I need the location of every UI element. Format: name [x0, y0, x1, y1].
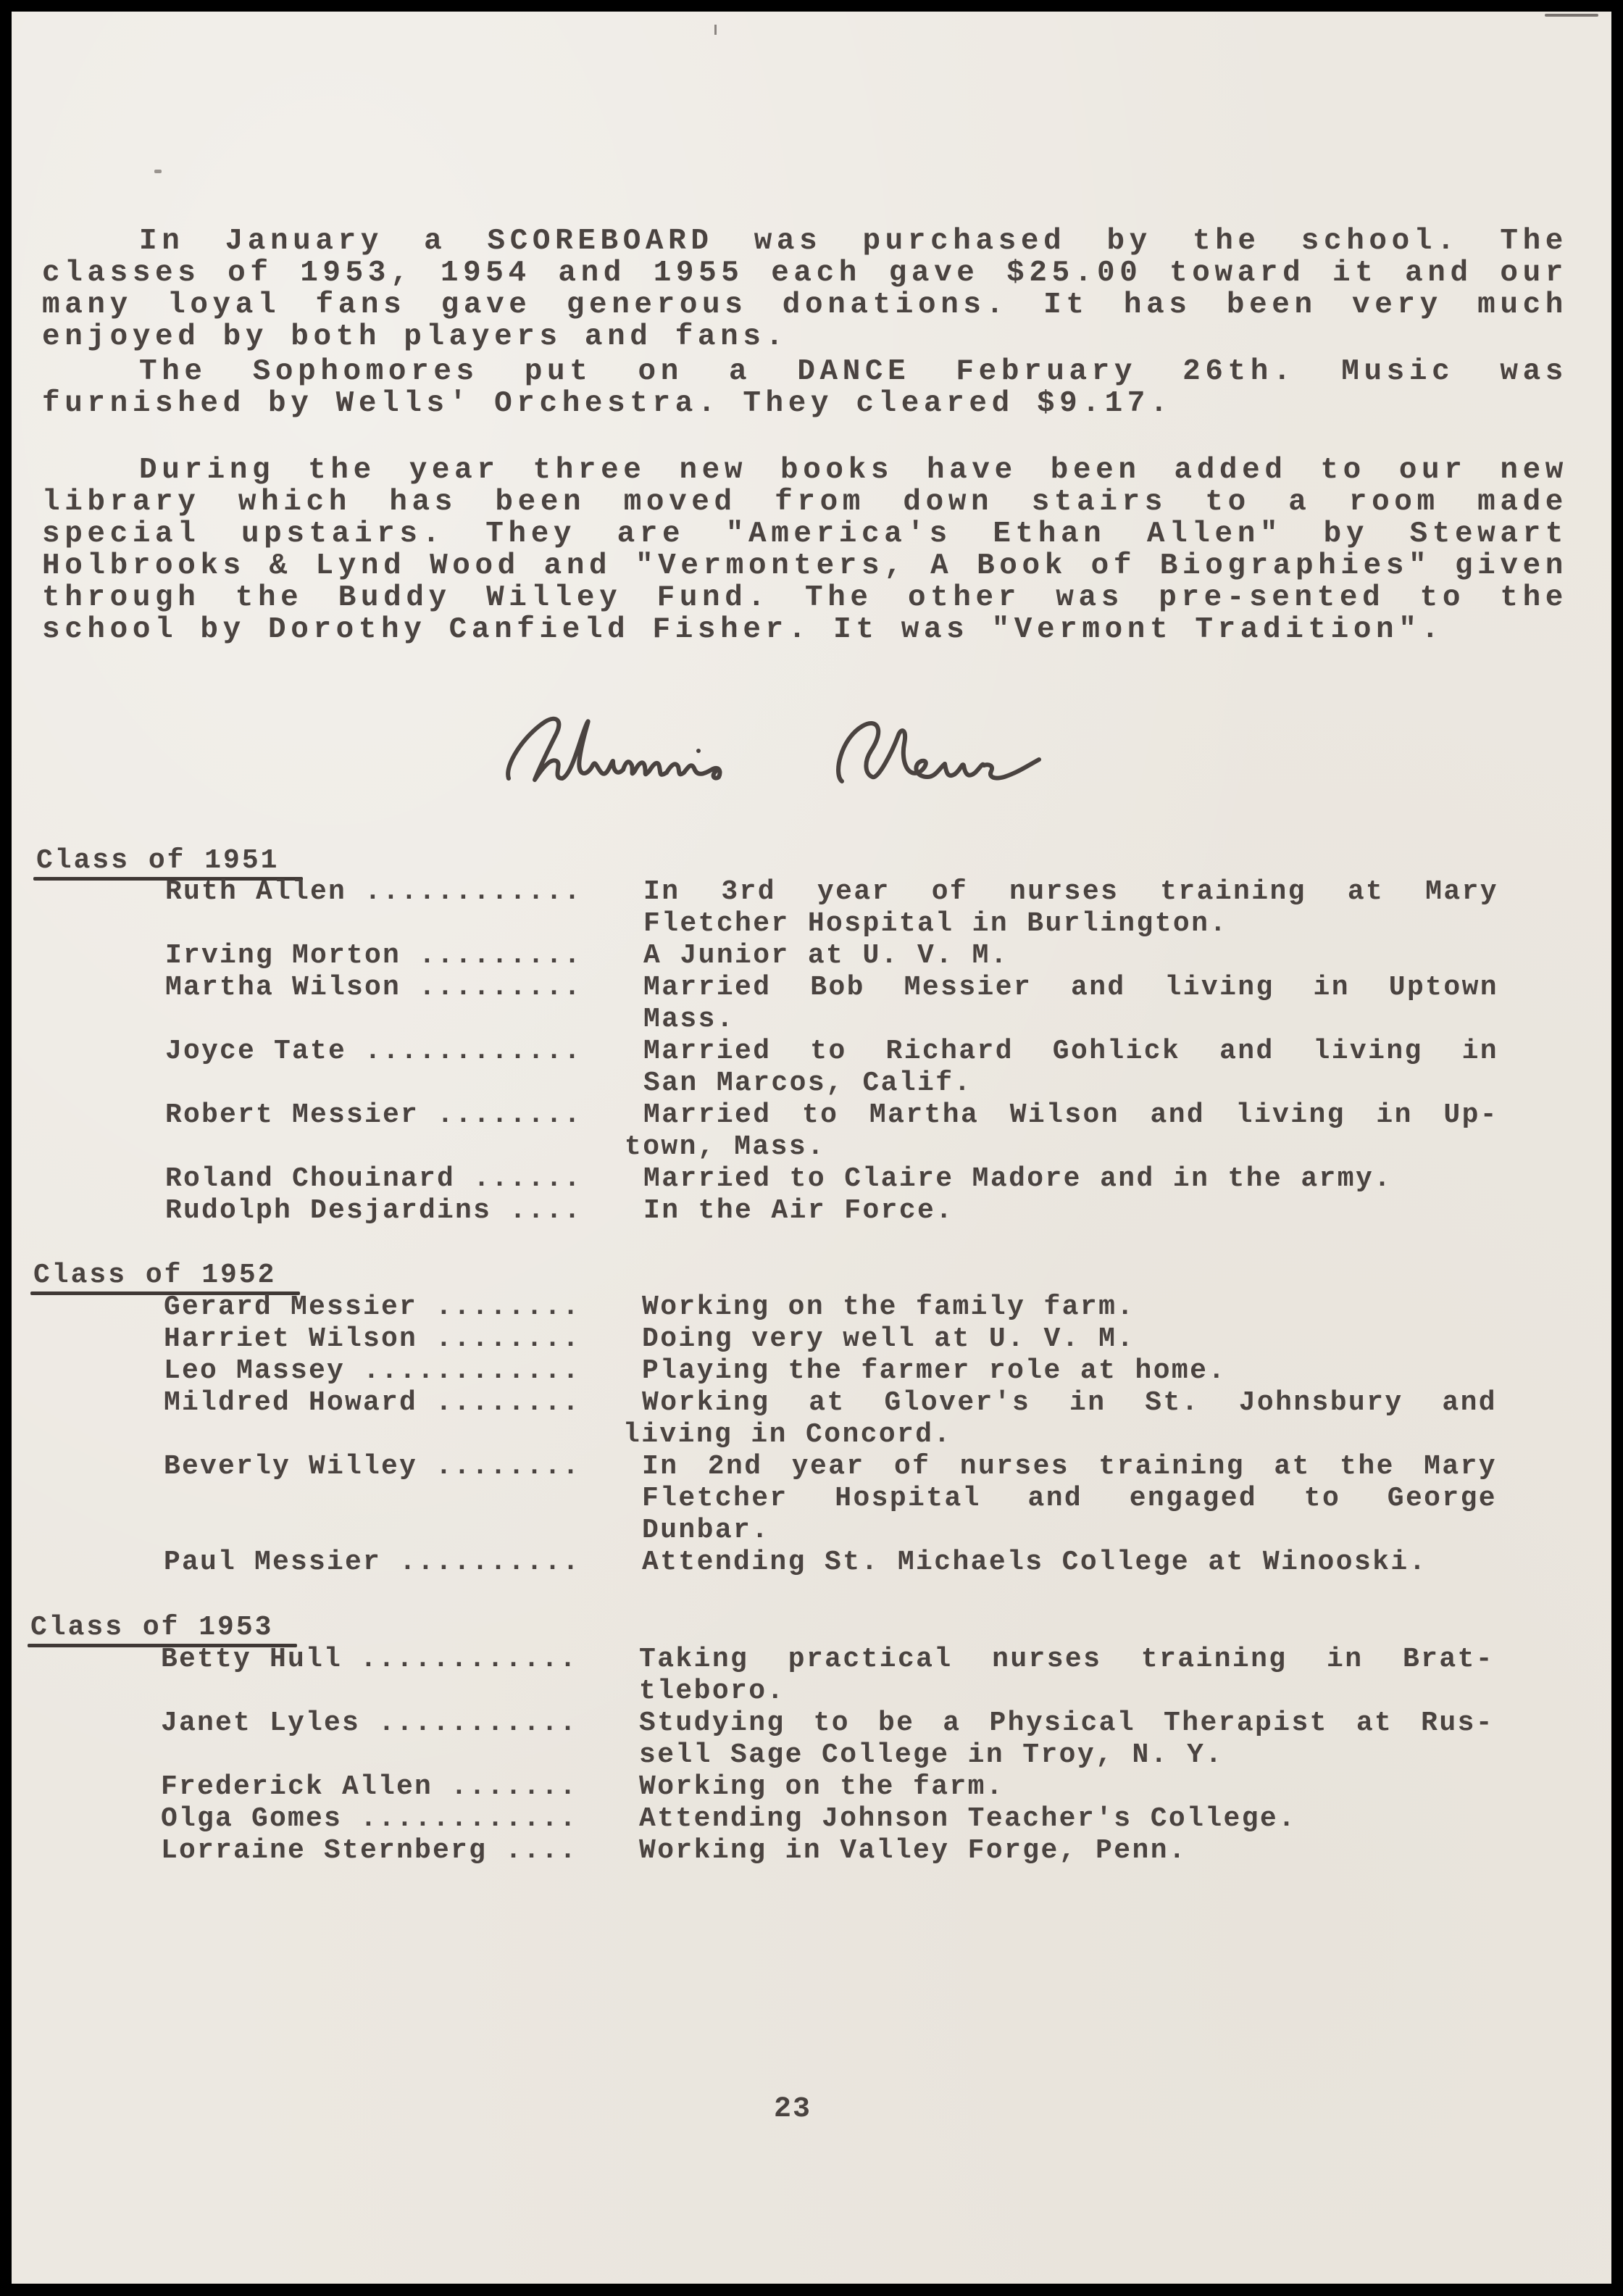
alumni-name: Rudolph Desjardins .... — [165, 1195, 582, 1227]
alumni-description: Attending St. Michaels College at Winoos… — [642, 1547, 1497, 1578]
description-line: San Marcos, Calif. — [643, 1068, 1498, 1099]
description-line: Attending St. Michaels College at Winoos… — [642, 1547, 1497, 1578]
description-line: In the Air Force. — [643, 1195, 1498, 1227]
description-line: Taking practical nurses training in Brat… — [639, 1644, 1494, 1676]
section-title-alumni-news — [501, 707, 1139, 794]
scan-artifact-mark — [714, 25, 717, 35]
alumni-description: Married to Richard Gohlick and living in… — [643, 1036, 1498, 1099]
alumni-description: In 2nd year of nurses training at the Ma… — [642, 1451, 1497, 1547]
scan-artifact-mark — [1545, 14, 1598, 17]
alumni-name: Roland Chouinard ...... — [165, 1163, 582, 1195]
alumni-name: Mildred Howard ........ — [164, 1387, 580, 1419]
description-line: Playing the farmer role at home. — [642, 1355, 1497, 1387]
alumni-description: Married to Claire Madore and in the army… — [643, 1163, 1498, 1195]
alumni-description: Playing the farmer role at home. — [642, 1355, 1497, 1387]
document-page: In January a SCOREBOARD was purchased by… — [12, 12, 1611, 2284]
alumni-description: In the Air Force. — [643, 1195, 1498, 1227]
scan-artifact-mark — [154, 170, 162, 173]
description-line: Mass. — [643, 1004, 1498, 1036]
alumni-description: Working on the family farm. — [642, 1291, 1497, 1323]
alumni-description: Taking practical nurses training in Brat… — [639, 1644, 1494, 1708]
alumni-name: Betty Hull ............ — [161, 1644, 577, 1676]
alumni-name: Lorraine Sternberg .... — [161, 1835, 577, 1867]
description-line: In 2nd year of nurses training at the Ma… — [642, 1451, 1497, 1483]
description-line: Doing very well at U. V. M. — [642, 1323, 1497, 1355]
class-heading: Class of 1952 — [33, 1260, 276, 1291]
description-line: Married to Claire Madore and in the army… — [643, 1163, 1498, 1195]
alumni-description: Doing very well at U. V. M. — [642, 1323, 1497, 1355]
alumni-description: Married to Martha Wilson and living in U… — [643, 1099, 1498, 1163]
alumni-name: Robert Messier ........ — [165, 1099, 582, 1131]
alumni-name: Beverly Willey ........ — [164, 1451, 580, 1483]
alumni-name: Leo Massey ............ — [164, 1355, 580, 1387]
description-line: Fletcher Hospital and engaged to George — [642, 1483, 1497, 1515]
page-number: 23 — [774, 2093, 811, 2126]
alumni-description: A Junior at U. V. M. — [643, 940, 1498, 972]
handwritten-title-graphic — [501, 707, 1139, 794]
alumni-description: Working at Glover's in St. Johnsbury and… — [642, 1387, 1497, 1451]
alumni-description: Studying to be a Physical Therapist at R… — [639, 1708, 1494, 1771]
alumni-description: Working in Valley Forge, Penn. — [639, 1835, 1494, 1867]
paragraph-text: During the year three new books have bee… — [42, 454, 1568, 646]
alumni-name: Martha Wilson ......... — [165, 972, 582, 1004]
paragraph-library: During the year three new books have bee… — [42, 454, 1568, 646]
alumni-name: Harriet Wilson ........ — [164, 1323, 580, 1355]
alumni-name: Ruth Allen ............ — [165, 876, 582, 908]
description-line: Married to Richard Gohlick and living in — [643, 1036, 1498, 1068]
description-line: Married Bob Messier and living in Uptown — [643, 972, 1498, 1004]
paragraph-scoreboard: In January a SCOREBOARD was purchased by… — [42, 225, 1568, 353]
class-heading: Class of 1951 — [36, 845, 279, 877]
description-line: Working on the farm. — [639, 1771, 1494, 1803]
description-line: Working at Glover's in St. Johnsbury and — [642, 1387, 1497, 1419]
alumni-name: Janet Lyles ........... — [161, 1708, 577, 1739]
alumni-name: Joyce Tate ............ — [165, 1036, 582, 1068]
alumni-description: Working on the farm. — [639, 1771, 1494, 1803]
alumni-description: In 3rd year of nurses training at Mary F… — [643, 876, 1498, 940]
description-line: sell Sage College in Troy, N. Y. — [639, 1739, 1494, 1771]
description-line: town, Mass. — [625, 1131, 1498, 1163]
alumni-name: Frederick Allen ....... — [161, 1771, 577, 1803]
paragraph-text: The Sophomores put on a DANCE February 2… — [42, 355, 1568, 420]
description-line: Working in Valley Forge, Penn. — [639, 1835, 1494, 1867]
description-line: Attending Johnson Teacher's College. — [639, 1803, 1494, 1835]
paragraph-text: In January a SCOREBOARD was purchased by… — [42, 225, 1568, 354]
description-line: tleboro. — [639, 1676, 1494, 1708]
description-line: Studying to be a Physical Therapist at R… — [639, 1708, 1494, 1739]
alumni-name: Paul Messier .......... — [164, 1547, 580, 1578]
description-line: In 3rd year of nurses training at Mary — [643, 876, 1498, 908]
description-line: Dunbar. — [642, 1515, 1497, 1547]
description-line: Working on the family farm. — [642, 1291, 1497, 1323]
alumni-description: Married Bob Messier and living in Uptown… — [643, 972, 1498, 1036]
alumni-description: Attending Johnson Teacher's College. — [639, 1803, 1494, 1835]
description-line: Married to Martha Wilson and living in U… — [643, 1099, 1498, 1131]
description-line: Fletcher Hospital in Burlington. — [643, 908, 1498, 940]
alumni-name: Irving Morton ......... — [165, 940, 582, 972]
class-heading: Class of 1953 — [30, 1612, 273, 1644]
paragraph-dance: The Sophomores put on a DANCE February 2… — [42, 356, 1568, 420]
description-line: living in Concord. — [623, 1419, 1497, 1451]
alumni-name: Gerard Messier ........ — [164, 1291, 580, 1323]
description-line: A Junior at U. V. M. — [643, 940, 1498, 972]
alumni-name: Olga Gomes ............ — [161, 1803, 577, 1835]
